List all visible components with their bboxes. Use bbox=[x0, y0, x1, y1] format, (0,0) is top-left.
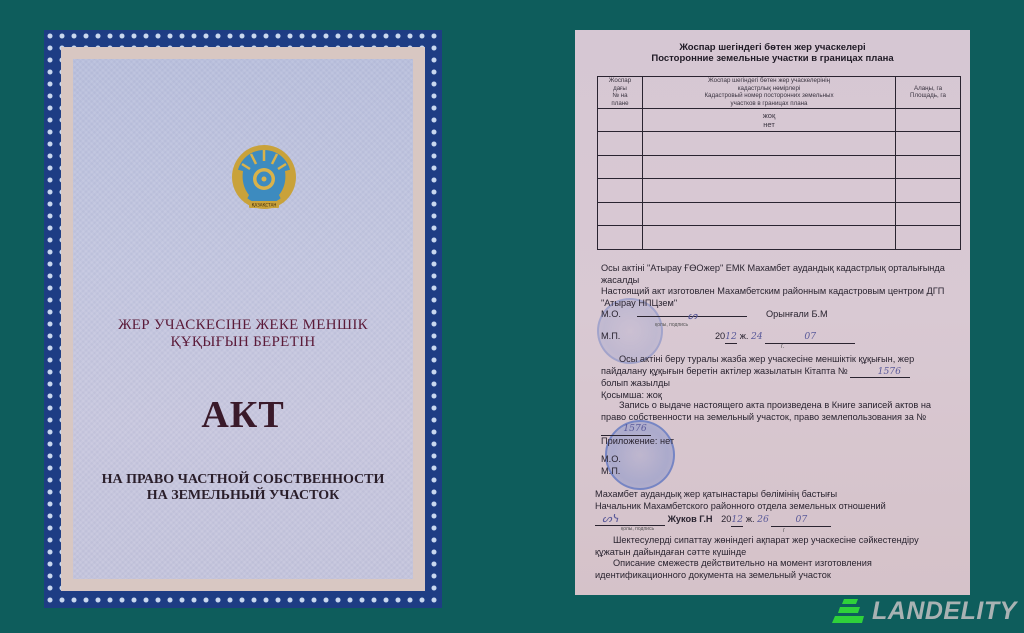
signer-2-name: Жуков Г.Н bbox=[668, 514, 713, 524]
registry-ru-number: 1576 bbox=[601, 423, 651, 436]
cover-ru-title: НА ПРАВО ЧАСТНОЙ СОБСТВЕННОСТИ НА ЗЕМЕЛЬ… bbox=[73, 472, 413, 504]
page-title: Жоспар шегіндегі бөтен жер учаскелері По… bbox=[575, 42, 970, 64]
cover-kz-title: ЖЕР УЧАСКЕСІНЕ ЖЕКЕ МЕНШІК ҚҰҚЫҒЫН БЕРЕТ… bbox=[73, 317, 413, 351]
registry-number: 1576 bbox=[850, 366, 910, 379]
act-heading: АКТ bbox=[73, 393, 413, 437]
foreign-plots-table: Жоспар дағы № на плане Жоспар шегіндегі … bbox=[597, 76, 961, 250]
svg-text:ҚАЗАҚСТАН: ҚАЗАҚСТАН bbox=[252, 203, 277, 208]
page-title-kz: Жоспар шегіндегі бөтен жер учаскелері bbox=[575, 42, 970, 53]
kz-title-line-1: ЖЕР УЧАСКЕСІНЕ ЖЕКЕ МЕНШІК bbox=[73, 317, 413, 334]
notes-block: Шектесулерді сипаттау жөніндегі ақпарат … bbox=[595, 535, 956, 581]
table-row bbox=[598, 202, 961, 226]
table-row bbox=[598, 155, 961, 179]
registry-kz-block: Осы актіні беру туралы жазба жер учаскес… bbox=[601, 354, 956, 401]
header-cadastral-number: Жоспар шегіндегі бөтен жер учаскелерінің… bbox=[643, 77, 896, 109]
landelity-logo: LANDELITY bbox=[832, 596, 1017, 626]
header-area: Алаңы, га Площадь, га bbox=[896, 77, 961, 109]
kz-title-line-2: ҚҰҚЫҒЫН БЕРЕТІН bbox=[73, 334, 413, 351]
kazakhstan-state-emblem-icon: ҚАЗАҚСТАН bbox=[229, 139, 299, 219]
attachment-ru: Приложение: нет bbox=[601, 436, 956, 448]
signer-1-name: Орынғали Б.М bbox=[766, 309, 828, 319]
table-row bbox=[598, 226, 961, 250]
table-row bbox=[598, 132, 961, 156]
table-header-row: Жоспар дағы № на плане Жоспар шегіндегі … bbox=[598, 77, 961, 109]
note-ru: Описание смежеств действительно на момен… bbox=[595, 558, 956, 581]
signature-field-1: ᔕ bbox=[637, 316, 747, 317]
note-kz: Шектесулерді сипаттау жөніндегі ақпарат … bbox=[595, 535, 956, 558]
head-title-ru: Начальник Махамбетского районного отдела… bbox=[595, 501, 956, 513]
stamp-labels: М.О. М.П. bbox=[601, 454, 956, 477]
made-by-ru: Настоящий акт изготовлен Махамбетским ра… bbox=[601, 286, 956, 309]
ru-title-line-1: НА ПРАВО ЧАСТНОЙ СОБСТВЕННОСТИ bbox=[73, 472, 413, 488]
made-by-block: Осы актіні "Атырау ҒӨОжер" ЕМК Махамбет … bbox=[601, 263, 956, 309]
act-cover-document: ҚАЗАҚСТАН ЖЕР УЧАСКЕСІНЕ ЖЕКЕ МЕНШІК ҚҰҚ… bbox=[44, 30, 442, 608]
act-inner-page: Жоспар шегіндегі бөтен жер учаскелері По… bbox=[575, 30, 970, 595]
page-title-ru: Посторонние земельные участки в границах… bbox=[575, 53, 970, 64]
signature-caption-1: қолы, подпись bbox=[655, 320, 956, 332]
cover-inner-frame: ҚАЗАҚСТАН ЖЕР УЧАСКЕСІНЕ ЖЕКЕ МЕНШІК ҚҰҚ… bbox=[61, 47, 425, 591]
landelity-logo-mark-icon bbox=[832, 599, 868, 623]
head-block: Махамбет аудандық жер қатынастары бөлімі… bbox=[595, 489, 956, 512]
cover-face: ҚАЗАҚСТАН ЖЕР УЧАСКЕСІНЕ ЖЕКЕ МЕНШІК ҚҰҚ… bbox=[73, 59, 413, 579]
ru-title-line-2: НА ЗЕМЕЛЬНЫЙ УЧАСТОК bbox=[73, 488, 413, 504]
made-by-kz: Осы актіні "Атырау ҒӨОжер" ЕМК Махамбет … bbox=[601, 263, 956, 286]
table-row: жоқнет bbox=[598, 108, 961, 132]
date-line-1: М.П. 2012 ж. 24 07 г. bbox=[601, 331, 956, 350]
head-title-kz: Махамбет аудандық жер қатынастары бөлімі… bbox=[595, 489, 956, 501]
table-row bbox=[598, 179, 961, 203]
landelity-logo-text: LANDELITY bbox=[872, 597, 1017, 626]
registry-ru-block: Запись о выдаче настоящего акта произвед… bbox=[601, 400, 956, 447]
header-plan-number: Жоспар дағы № на плане bbox=[598, 77, 643, 109]
registry-ru-text: Запись о выдаче настоящего акта произвед… bbox=[601, 400, 931, 422]
signature-line-1: М.О. ᔕ Орынғали Б.М bbox=[601, 309, 956, 321]
